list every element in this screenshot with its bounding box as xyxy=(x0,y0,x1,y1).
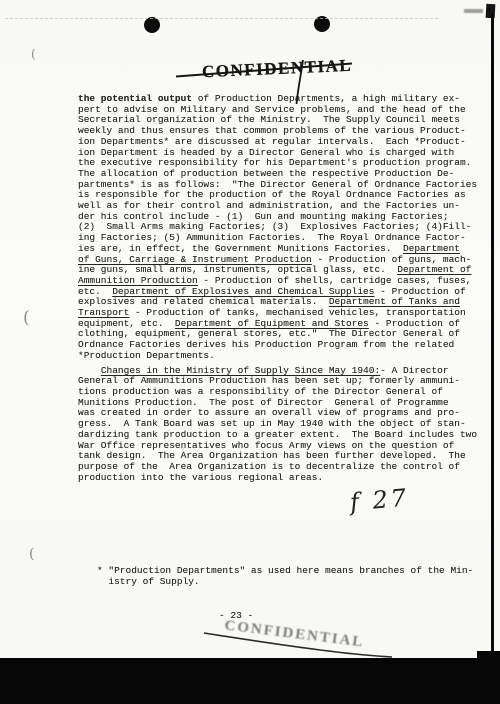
paragraph-supply-council: the potential output of Production Depar… xyxy=(78,94,477,362)
text-line: istry of Supply. xyxy=(97,577,473,588)
text-segment: Changes in the Ministry of Supply Since … xyxy=(101,365,380,376)
text-segment: - Production of guns, mach- xyxy=(312,254,472,265)
text-segment: - Production of shells, cartridge cases,… xyxy=(198,275,472,286)
page-edge-line xyxy=(491,13,494,656)
text-segment: partments* is as follows: "The Director … xyxy=(78,179,477,190)
text-segment: gress. A Tank Board was set up in May 19… xyxy=(78,418,466,429)
scan-artifact-speck xyxy=(464,9,483,13)
text-segment: istry of Supply. xyxy=(97,576,200,587)
text-segment xyxy=(78,365,101,376)
text-segment: Ordnance Factories derives his Productio… xyxy=(78,339,454,350)
text-segment: The allocation of production between the… xyxy=(78,168,454,179)
punch-hole-left xyxy=(144,17,160,33)
text-segment: Transport xyxy=(78,307,129,318)
text-segment: explosives and related chemical material… xyxy=(78,296,329,307)
text-line: production into the various regional are… xyxy=(78,473,477,484)
confidential-stamp-bottom: CONFIDENTIAL xyxy=(223,617,365,651)
text-segment: - A Director xyxy=(380,365,448,376)
text-segment: War Office representatives who focus Arm… xyxy=(78,440,454,451)
text-line: *Production Departments. xyxy=(78,351,477,362)
text-segment: Department of Tanks and xyxy=(329,296,460,307)
text-segment: ing Factories; (5) Ammunition Factories.… xyxy=(78,232,466,243)
text-segment: etc. xyxy=(78,286,112,297)
margin-pen-mark: ( xyxy=(23,308,30,328)
text-segment: dardizing tank production to a greater e… xyxy=(78,429,477,440)
text-segment: production into the various regional are… xyxy=(78,472,323,483)
text-segment: ion Departments* are discussed at regula… xyxy=(78,136,466,147)
text-segment: pert to advise on Military and Service p… xyxy=(78,104,466,115)
text-segment: Department xyxy=(403,243,460,254)
footnote: * "Production Departments" as used here … xyxy=(97,566,473,587)
text-segment: is responsible for the production of the… xyxy=(78,189,466,200)
text-segment: of Guns, Carriage & Instrument Productio… xyxy=(78,254,312,265)
text-segment: was created in order to assure an overal… xyxy=(78,407,460,418)
text-segment: Secretarial organization of the Ministry… xyxy=(78,114,460,125)
text-segment: ine guns, small arms, instruments, optic… xyxy=(78,264,397,275)
text-segment: - Production of tanks, mechanised vehicl… xyxy=(129,307,465,318)
text-segment: - Production of xyxy=(369,318,460,329)
body-text: the potential output of Production Depar… xyxy=(78,94,477,483)
handwritten-annotation: f 27 xyxy=(349,483,410,516)
text-segment: tions production was a responsibility of… xyxy=(78,386,443,397)
text-segment: equipment, etc. xyxy=(78,318,175,329)
text-segment: - Production of xyxy=(374,286,465,297)
text-segment: Munitions Production. The post of Direct… xyxy=(78,397,449,408)
paragraph-changes-since-1940: Changes in the Ministry of Supply Since … xyxy=(78,366,477,484)
scan-scratch-line xyxy=(5,18,438,19)
text-segment: ion Department is headed by a Director G… xyxy=(78,147,454,158)
document-page: CONFIDENTIAL the potential output of Pro… xyxy=(0,0,500,704)
text-segment: Department of Equipment and Stores xyxy=(175,318,369,329)
text-segment: *Production Departments. xyxy=(78,350,215,361)
text-segment: purpose of the Area Organization is to d… xyxy=(78,461,460,472)
text-segment: * "Production Departments" as used here … xyxy=(97,565,473,576)
text-segment: Ammunition Production xyxy=(78,275,198,286)
text-segment: ies are, in effect, the Government Munit… xyxy=(78,243,403,254)
margin-pen-mark: ( xyxy=(31,47,36,61)
text-segment: the potential output xyxy=(78,93,192,104)
text-segment: of Production Departments, a high milita… xyxy=(192,93,460,104)
text-segment: Department of xyxy=(397,264,471,275)
text-segment: well as for their control and administra… xyxy=(78,200,460,211)
text-segment: (2) Small Arms making Factories; (3) Exp… xyxy=(78,221,471,232)
scan-edge-bar xyxy=(0,658,500,704)
text-segment: weekly and thus ensures that common prob… xyxy=(78,125,466,136)
text-segment: der his control include - (1) Gun and mo… xyxy=(78,211,449,222)
text-segment: the executive responsibility for his Dep… xyxy=(78,157,471,168)
text-segment: Department of Explosives and Chemical Su… xyxy=(112,286,374,297)
text-segment: tank design. The Area Organization has b… xyxy=(78,450,466,461)
margin-pen-mark: ( xyxy=(29,546,34,562)
text-segment: General of Ammunitions Production has be… xyxy=(78,375,460,386)
text-segment: clothing, equipment, general stores, etc… xyxy=(78,328,460,339)
confidential-stamp-top: CONFIDENTIAL xyxy=(202,56,353,83)
